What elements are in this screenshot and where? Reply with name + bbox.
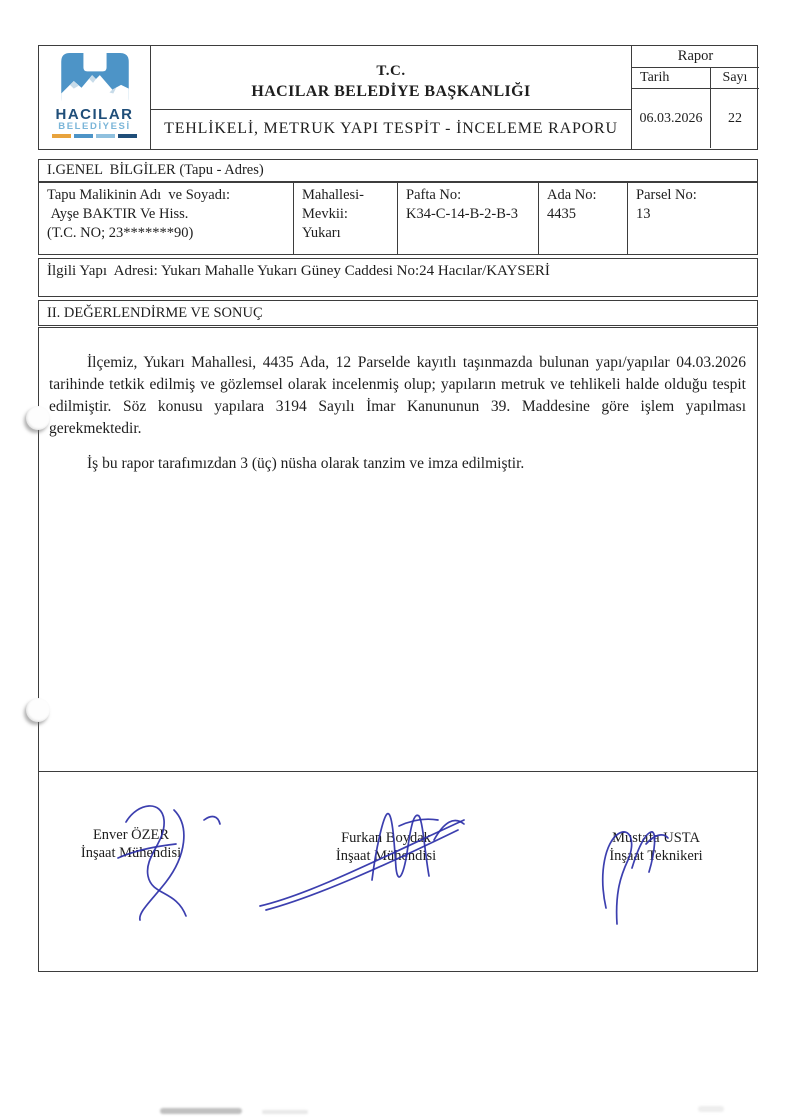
report-title-text: TEHLİKELİ, METRUK YAPI TESPİT - İNCELEME… [164,120,618,138]
sayi-label: Sayı [711,68,759,88]
tarih-label: Tarih [632,68,711,88]
mahalle-value: Yukarı [302,224,391,243]
ada-value: 4435 [547,205,621,224]
logo-bar-blue [74,134,93,138]
owner-name: Ayşe BAKTIR Ve Hiss. [47,205,287,224]
signature-ink-2 [256,806,474,916]
mahalle-label: Mahallesi-Mevkii: [302,186,391,224]
owner-cell: Tapu Malikinin Adı ve Soyadı: Ayşe BAKTI… [39,183,294,254]
authority-line: HACILAR BELEDİYE BAŞKANLIĞI [151,83,631,101]
hole-punch-top [26,406,50,430]
signature-area-divider [39,771,757,772]
logo-subname: BELEDİYESİ [39,122,150,132]
ada-cell: Ada No: 4435 [539,183,628,254]
closing-sentence: İş bu rapor tarafımızdan 3 (üç) nüsha ol… [39,440,757,473]
mahalle-cell: Mahallesi-Mevkii: Yukarı [294,183,398,254]
rapor-table: Rapor Tarih Sayı 06.03.2026 22 [631,46,759,149]
pafta-value: K34-C-14-B-2-B-3 [406,205,532,224]
scan-smudge [262,1110,308,1114]
rapor-label: Rapor [632,46,759,68]
tc-line: T.C. [151,63,631,80]
signature-ink-1 [88,798,253,926]
pafta-cell: Pafta No: K34-C-14-B-2-B-3 [398,183,539,254]
municipality-logo: HACILAR BELEDİYESİ [39,46,151,149]
hole-punch-bottom [26,698,50,722]
section2-title: II. DEĞERLENDİRME VE SONUÇ [38,300,758,326]
signature-ink-3 [586,812,684,930]
parcel-info-table: Tapu Malikinin Adı ve Soyadı: Ayşe BAKTI… [38,182,758,255]
ada-label: Ada No: [547,186,621,205]
parsel-value: 13 [636,205,751,224]
tarih-value: 06.03.2026 [632,89,711,148]
sayi-value: 22 [711,89,759,148]
hacilar-castle-logo-icon [61,53,129,107]
pafta-label: Pafta No: [406,186,532,205]
scan-smudge [160,1108,242,1114]
logo-bar-lightblue [96,134,115,138]
scan-smudge [698,1106,724,1112]
header-table: HACILAR BELEDİYESİ T.C. HACILAR BELEDİYE… [38,45,758,150]
section1-title: I.GENEL BİLGİLER (Tapu - Adres) [38,159,758,182]
logo-color-bars [39,134,150,138]
rapor-value-row: 06.03.2026 22 [632,89,759,148]
parsel-cell: Parsel No: 13 [628,183,757,254]
scanned-report-page: HACILAR BELEDİYESİ T.C. HACILAR BELEDİYE… [0,0,795,1120]
logo-bar-yellow [52,134,71,138]
building-address: İlgili Yapı Adresi: Yukarı Mahalle Yukar… [38,258,758,297]
rapor-header-row: Tarih Sayı [632,68,759,89]
assessment-paragraph: İlçemiz, Yukarı Mahallesi, 4435 Ada, 12 … [39,328,757,440]
owner-tc-number: (T.C. NO; 23*******90) [47,224,287,243]
report-title: TEHLİKELİ, METRUK YAPI TESPİT - İNCELEME… [151,110,631,148]
logo-bar-navy [118,134,137,138]
header-title-cell: T.C. HACILAR BELEDİYE BAŞKANLIĞI TEHLİKE… [151,46,631,149]
logo-name: HACILAR [39,108,150,122]
owner-label: Tapu Malikinin Adı ve Soyadı: [47,186,287,205]
header-title-upper: T.C. HACILAR BELEDİYE BAŞKANLIĞI [151,46,631,110]
parsel-label: Parsel No: [636,186,751,205]
